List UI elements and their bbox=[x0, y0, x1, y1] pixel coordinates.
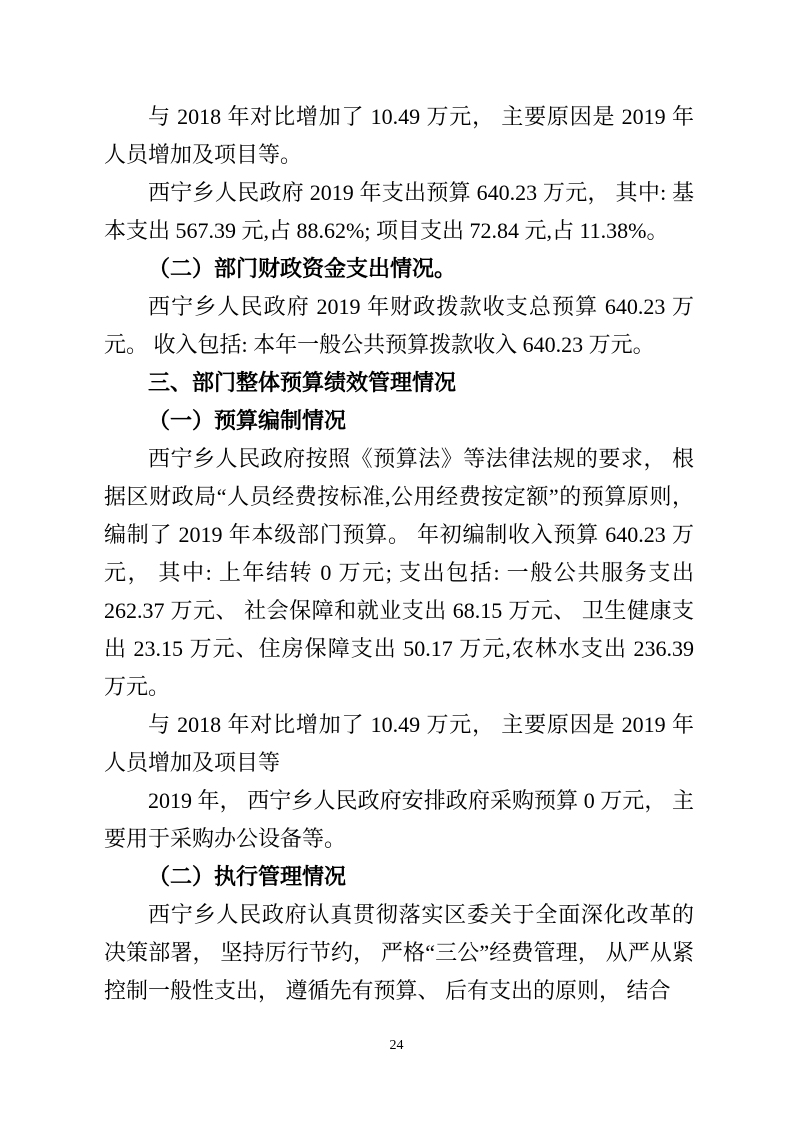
section-heading: 三、部门整体预算绩效管理情况 bbox=[104, 364, 694, 402]
section-heading: （二）执行管理情况 bbox=[104, 858, 694, 896]
paragraph: 与 2018 年对比增加了 10.49 万元， 主要原因是 2019 年人员增加… bbox=[104, 706, 694, 782]
page-number: 24 bbox=[0, 1036, 793, 1056]
paragraph: 西宁乡人民政府 2019 年财政拨款收支总预算 640.23 万元。 收入包括:… bbox=[104, 288, 694, 364]
paragraph: 西宁乡人民政府 2019 年支出预算 640.23 万元， 其中: 基本支出 5… bbox=[104, 174, 694, 250]
document-body: 与 2018 年对比增加了 10.49 万元， 主要原因是 2019 年人员增加… bbox=[104, 98, 694, 1010]
paragraph: 西宁乡人民政府认真贯彻落实区委关于全面深化改革的决策部署， 坚持厉行节约， 严格… bbox=[104, 896, 694, 1010]
section-heading: （二）部门财政资金支出情况。 bbox=[104, 250, 694, 288]
paragraph: 西宁乡人民政府按照《预算法》等法律法规的要求， 根据区财政局“人员经费按标准,公… bbox=[104, 440, 694, 706]
section-heading: （一）预算编制情况 bbox=[104, 402, 694, 440]
document-page: 与 2018 年对比增加了 10.49 万元， 主要原因是 2019 年人员增加… bbox=[0, 0, 793, 1122]
paragraph: 与 2018 年对比增加了 10.49 万元， 主要原因是 2019 年人员增加… bbox=[104, 98, 694, 174]
paragraph: 2019 年， 西宁乡人民政府安排政府采购预算 0 万元， 主要用于采购办公设备… bbox=[104, 782, 694, 858]
